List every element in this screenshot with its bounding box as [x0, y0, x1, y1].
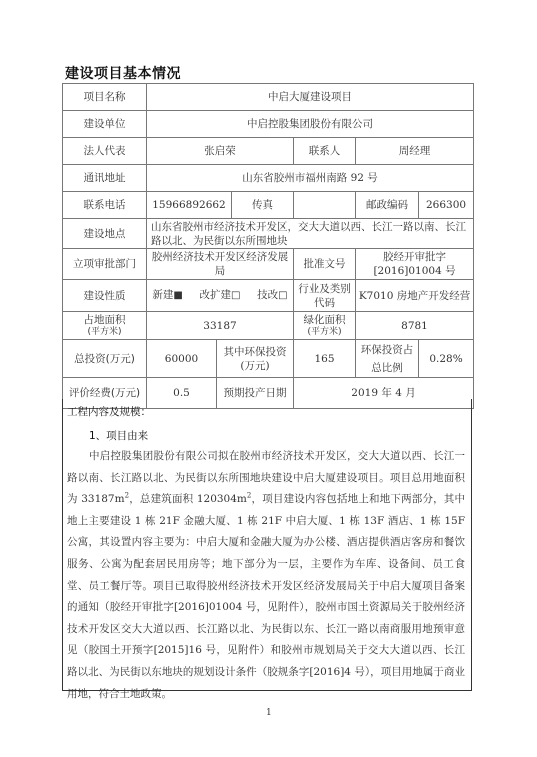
label-builder: 建设单位	[63, 111, 147, 138]
page-number: 1	[266, 708, 272, 718]
value-env-ratio: 0.28%	[419, 340, 474, 378]
value-project-name: 中启大厦建设项目	[147, 84, 474, 111]
value-env-investment: 165	[294, 340, 356, 378]
value-green-area: 8781	[356, 312, 474, 340]
label-green-area: 绿化面积(平方米)	[294, 312, 356, 340]
row-builder: 建设单位 中启控股集团股份有限公司	[63, 111, 474, 138]
label-env-ratio: 环保投资占总比例	[356, 340, 419, 378]
section-title: 1、项目由来	[89, 428, 471, 443]
value-address: 山东省胶州市福州南路 92 号	[147, 165, 474, 192]
value-contact: 周经理	[356, 138, 474, 165]
row-site: 建设地点 山东省胶州市经济技术开发区，交大大道以西、长江一路以南、长江路以北、为…	[63, 219, 474, 249]
label-investment: 总投资(万元)	[63, 340, 147, 378]
label-site: 建设地点	[63, 219, 147, 249]
row-nature: 建设性质 新建■ 改扩建□ 技改□ 行业及类别代码 K7010 房地产开发经营	[63, 280, 474, 312]
label-address: 通讯地址	[63, 165, 147, 192]
value-investment: 60000	[147, 340, 217, 378]
label-approval: 立项审批部门	[63, 249, 147, 280]
content-paragraph: 中启控股集团股份有限公司拟在胶州市经济技术开发区，交大大道以西、长江一路以南、长…	[67, 446, 465, 705]
row-project-name: 项目名称 中启大厦建设项目	[63, 84, 474, 111]
page-title: 建设项目基本情况	[65, 63, 181, 83]
content-heading: 工程内容及规模：	[67, 404, 471, 419]
value-fax	[294, 192, 356, 219]
value-industry: K7010 房地产开发经营	[356, 280, 474, 312]
value-postcode: 266300	[419, 192, 474, 219]
row-approval: 立项审批部门 胶州经济技术开发区经济发展局 批准文号 胶经开审批字[2016]0…	[63, 249, 474, 280]
value-nature: 新建■ 改扩建□ 技改□	[147, 280, 294, 312]
value-builder: 中启控股集团股份有限公司	[147, 111, 474, 138]
value-legal-rep: 张启荣	[147, 138, 294, 165]
row-address: 通讯地址 山东省胶州市福州南路 92 号	[63, 165, 474, 192]
row-legal-rep: 法人代表 张启荣 联系人 周经理	[63, 138, 474, 165]
label-env-investment: 其中环保投资(万元)	[217, 340, 294, 378]
label-industry: 行业及类别代码	[294, 280, 356, 312]
label-postcode: 邮政编码	[356, 192, 419, 219]
value-approval: 胶州经济技术开发区经济发展局	[147, 249, 294, 280]
label-legal-rep: 法人代表	[63, 138, 147, 165]
checkbox-empty-icon: □	[278, 290, 287, 301]
row-investment: 总投资(万元) 60000 其中环保投资(万元) 165 环保投资占总比例 0.…	[63, 340, 474, 378]
row-phone: 联系电话 15966892662 传真 邮政编码 266300	[63, 192, 474, 219]
value-land-area: 33187	[147, 312, 294, 340]
label-land-area: 占地面积(平方米)	[63, 312, 147, 340]
label-fax: 传真	[232, 192, 294, 219]
label-contact: 联系人	[294, 138, 356, 165]
value-phone: 15966892662	[147, 192, 232, 219]
label-approval-doc: 批准文号	[294, 249, 356, 280]
row-land-area: 占地面积(平方米) 33187 绿化面积(平方米) 8781	[63, 312, 474, 340]
option-renovate: 技改□	[257, 289, 287, 301]
label-phone: 联系电话	[63, 192, 147, 219]
value-site: 山东省胶州市经济技术开发区，交大大道以西、长江一路以南、长江路以北、为民街以东所…	[147, 219, 474, 249]
label-project-name: 项目名称	[63, 84, 147, 111]
option-expand: 改扩建□	[200, 289, 241, 301]
checkbox-empty-icon: □	[231, 290, 240, 301]
project-info-table: 项目名称 中启大厦建设项目 建设单位 中启控股集团股份有限公司 法人代表 张启荣…	[62, 83, 474, 409]
value-approval-doc: 胶经开审批字[2016]01004 号	[356, 249, 474, 280]
checkbox-checked-icon: ■	[173, 290, 182, 301]
label-nature: 建设性质	[63, 280, 147, 312]
option-new: 新建■	[152, 289, 182, 301]
project-content-section: 工程内容及规模： 1、项目由来 中启控股集团股份有限公司拟在胶州市经济技术开发区…	[62, 399, 472, 691]
